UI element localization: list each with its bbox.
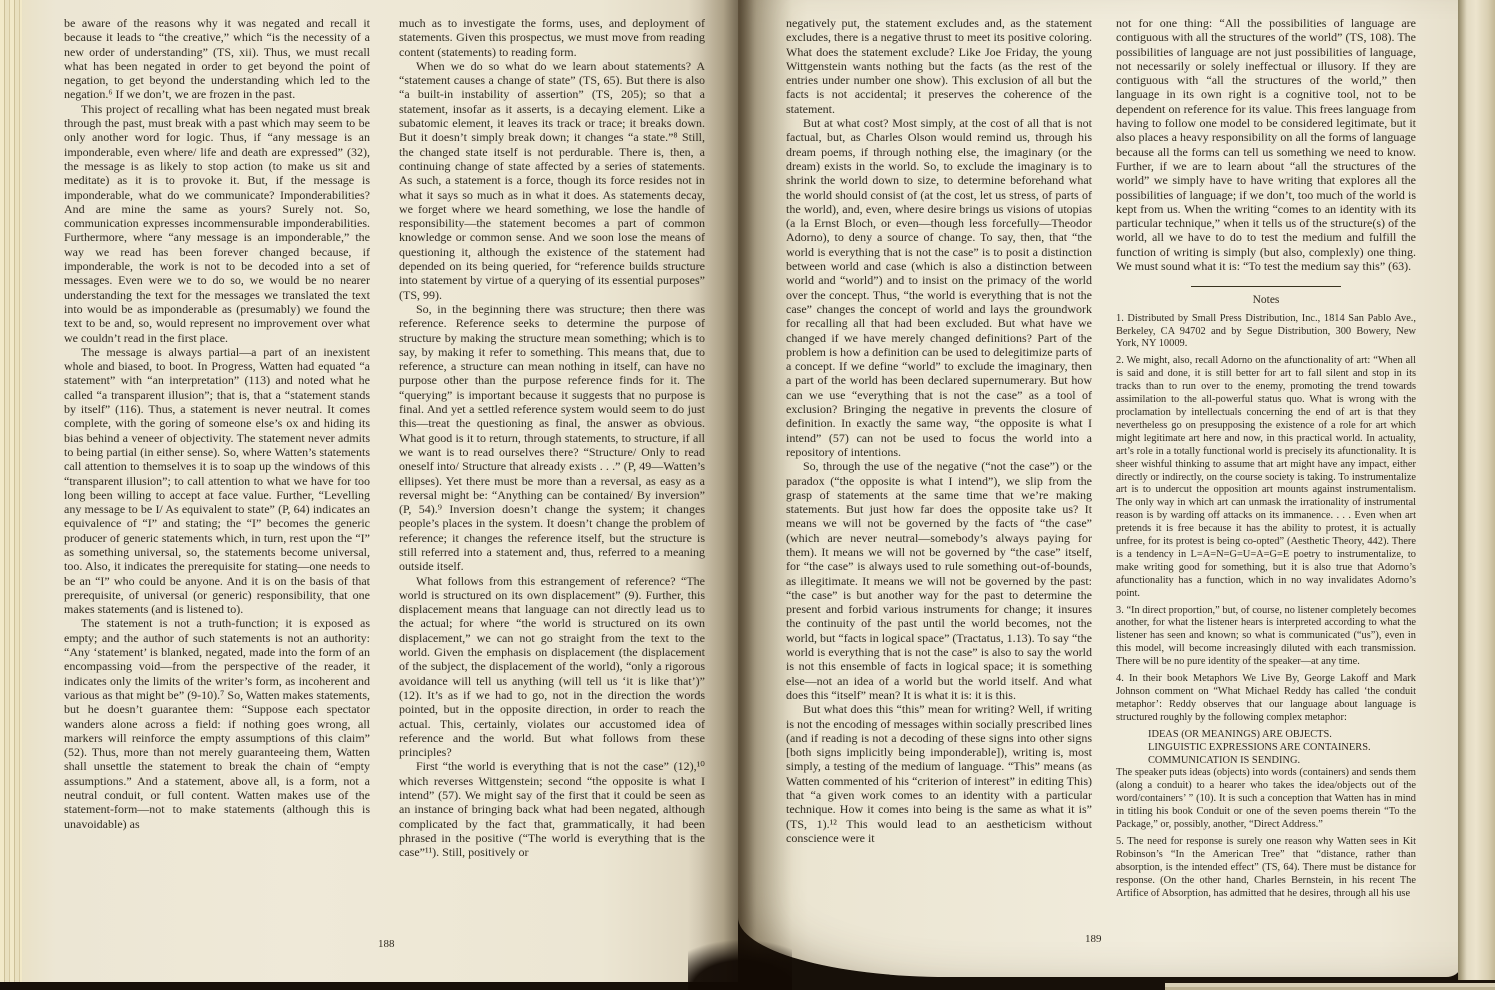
book-spread: be aware of the reasons why it was negat… [0,0,1495,990]
page-edge-stack-left [0,0,22,982]
paragraph: LINGUISTIC EXPRESSIONS ARE CONTAINERS. [1148,742,1416,755]
notes-heading: Notes [1116,293,1416,307]
page-edge-stack-right [1458,0,1495,984]
paragraph: much as to investigate the forms, uses, … [399,16,705,59]
right-page: negatively put, the statement excludes a… [738,0,1460,977]
paragraph: IDEAS (OR MEANINGS) ARE OBJECTS. [1148,729,1416,742]
bottom-page-edge [1165,980,1495,990]
right-page-column-2-body: not for one thing: “All the possibilitie… [1116,16,1416,273]
paragraph: But what does this “this” mean for writi… [786,702,1092,845]
page-number-left: 188 [378,938,395,950]
paragraph: negatively put, the statement excludes a… [786,16,1092,116]
paragraph: 2. We might, also, recall Adorno on the … [1116,355,1416,600]
paragraph: The statement is not a truth-function; i… [64,616,370,830]
paragraph: What follows from this estrangement of r… [399,574,705,760]
notes-divider [1191,286,1341,287]
paragraph: The speaker puts ideas (objects) into wo… [1116,767,1416,832]
paragraph: 3. “In direct proportion,” but, of cours… [1116,605,1416,670]
paragraph: 4. In their book Metaphors We Live By, G… [1116,673,1416,725]
paragraph: be aware of the reasons why it was negat… [64,16,370,102]
paragraph: So, in the beginning there was structure… [399,302,705,574]
paragraph: But at what cost? Most simply, at the co… [786,116,1092,459]
left-page-column-1: be aware of the reasons why it was negat… [64,16,370,970]
paragraph: 1. Distributed by Small Press Distributi… [1116,313,1416,352]
paragraph: So, through the use of the negative (“no… [786,459,1092,702]
paragraph: First “the world is everything that is n… [399,759,705,859]
notes-list: 1. Distributed by Small Press Distributi… [1116,313,1416,901]
page-number-right: 189 [1085,933,1102,945]
left-page-column-2: much as to investigate the forms, uses, … [399,16,705,970]
paragraph: The message is always partial—a part of … [64,345,370,617]
paragraph: 5. The need for response is surely one r… [1116,836,1416,901]
paragraph: This project of recalling what has been … [64,102,370,345]
paragraph: not for one thing: “All the possibilitie… [1116,16,1416,273]
right-page-column-2: not for one thing: “All the possibilitie… [1116,16,1416,974]
right-page-column-1: negatively put, the statement excludes a… [786,16,1092,970]
left-page: be aware of the reasons why it was negat… [0,0,738,982]
paragraph: When we do so what do we learn about sta… [399,59,705,302]
paragraph: COMMUNICATION IS SENDING. [1148,755,1416,768]
